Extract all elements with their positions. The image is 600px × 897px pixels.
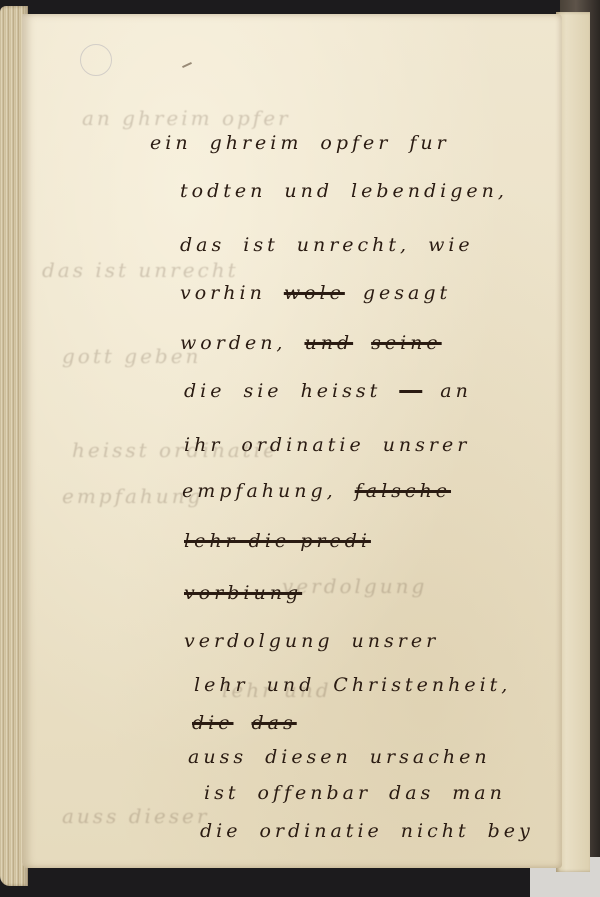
manuscript-line-16: dieordinatienichtbey: [200, 820, 552, 842]
manuscript-line-8: empfahung,falsche: [182, 480, 469, 502]
struck-word: lehr die predi: [184, 530, 371, 552]
struck-word: —: [399, 380, 422, 402]
manuscript-line-4: vorhinwolegesagt: [180, 282, 469, 304]
manuscript-line-9: lehr die predi: [184, 530, 389, 552]
manuscript-line-12: lehrundChristenheit,: [194, 674, 529, 696]
struck-word: die: [192, 712, 233, 734]
manuscript-line-7: ihrordinatieunsrer: [184, 434, 488, 456]
manuscript-line-14: aussdiesenursachen: [188, 746, 509, 768]
manuscript-line-10: vorbiung: [184, 582, 320, 604]
manuscript-line-15: istoffenbardasman: [204, 782, 524, 804]
manuscript-page: an ghreim opfer das ist unrecht gott geb…: [22, 14, 562, 868]
manuscript-line-1: einghreimopferfur: [150, 132, 468, 154]
manuscript-line-6: diesieheisst—an: [184, 380, 490, 402]
library-stamp-icon: [80, 44, 112, 76]
bleed-through-text: auss dieser: [62, 804, 209, 828]
manuscript-line-13: diedas: [192, 712, 315, 734]
bleed-through-text: das ist unrecht: [42, 258, 239, 282]
manuscript-line-5: worden,undseine: [180, 332, 460, 354]
manuscript-line-2: todtenundlebendigen,: [180, 180, 526, 202]
manuscript-line-11: verdolgungunsrer: [184, 630, 457, 652]
ink-mark: [182, 62, 192, 68]
manuscript-line-3: dasistunrecht,wie: [180, 234, 492, 256]
struck-word: falsche: [355, 480, 451, 502]
struck-word: wole: [284, 282, 345, 304]
struck-word: das: [251, 712, 296, 734]
struck-word: seine: [371, 332, 442, 354]
bleed-through-text: an ghreim opfer: [82, 106, 291, 130]
struck-word: vorbiung: [184, 582, 302, 604]
struck-word: und: [304, 332, 353, 354]
